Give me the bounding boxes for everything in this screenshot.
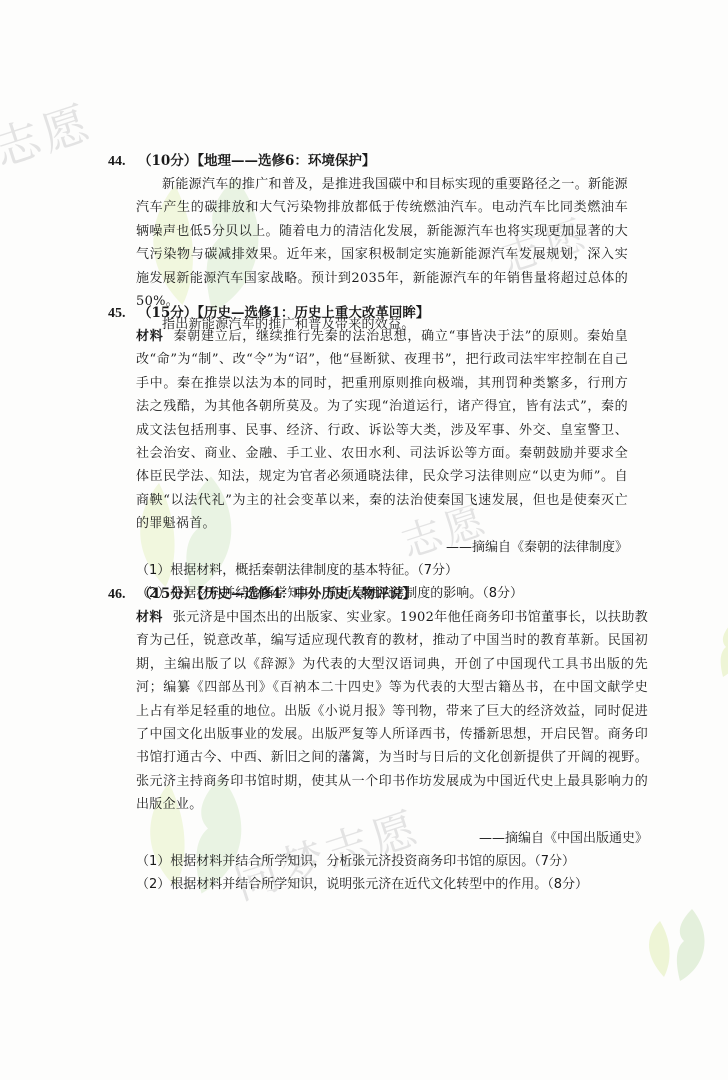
question-header: 44.（10分）【地理——选修6：环境保护】 xyxy=(108,150,628,173)
question-header: 45.（15分）【历史—选修1：历史上重大改革回眸】 xyxy=(108,302,628,325)
leaf-logo-icon xyxy=(690,610,728,690)
material-text: 秦朝建立后，继续推行先秦的法治思想，确立“事皆决于法”的原则。秦始皇改“命”为“… xyxy=(136,329,628,531)
material-label: 材料 xyxy=(136,329,164,344)
material-passage: 材料秦朝建立后，继续推行先秦的法治思想，确立“事皆决于法”的原则。秦始皇改“命”… xyxy=(136,325,628,536)
leaf-logo-icon xyxy=(636,905,716,985)
question-number: 46. xyxy=(108,584,138,606)
subquestion-1: （1）根据材料，概括秦朝法律制度的基本特征。（7分） xyxy=(136,559,628,582)
material-passage: 材料张元济是中国杰出的出版家、实业家。1902年他任商务印书馆董事长，以扶助教育… xyxy=(136,606,648,817)
question-title: （15分）【历史—选修1：历史上重大改革回眸】 xyxy=(138,305,429,321)
source-citation: ——摘编自《秦朝的法律制度》 xyxy=(108,536,628,559)
question-46: 46.（15分）【历史—选修4：中外历史人物评说】 材料张元济是中国杰出的出版家… xyxy=(108,583,648,896)
question-title: （10分）【地理——选修6：环境保护】 xyxy=(138,153,375,169)
subquestion-2: （2）根据材料并结合所学知识，说明张元济在近代文化转型中的作用。（8分） xyxy=(136,873,648,896)
question-45: 45.（15分）【历史—选修1：历史上重大改革回眸】 材料秦朝建立后，继续推行先… xyxy=(108,302,628,605)
question-title: （15分）【历史—选修4：中外历史人物评说】 xyxy=(138,586,416,602)
question-passage: 新能源汽车的推广和普及，是推进我国碳中和目标实现的重要路径之一。新能源汽车产生的… xyxy=(136,173,628,313)
watermark-text: 志愿 xyxy=(0,86,100,180)
question-number: 45. xyxy=(108,303,138,325)
question-number: 44. xyxy=(108,151,138,173)
subquestion-1: （1）根据材料并结合所学知识，分析张元济投资商务印书馆的原因。（7分） xyxy=(136,850,648,873)
material-label: 材料 xyxy=(136,610,163,625)
material-text: 张元济是中国杰出的出版家、实业家。1902年他任商务印书馆董事长，以扶助教育为己… xyxy=(136,610,648,812)
source-citation: ——摘编自《中国出版通史》 xyxy=(108,827,648,850)
question-header: 46.（15分）【历史—选修4：中外历史人物评说】 xyxy=(108,583,648,606)
